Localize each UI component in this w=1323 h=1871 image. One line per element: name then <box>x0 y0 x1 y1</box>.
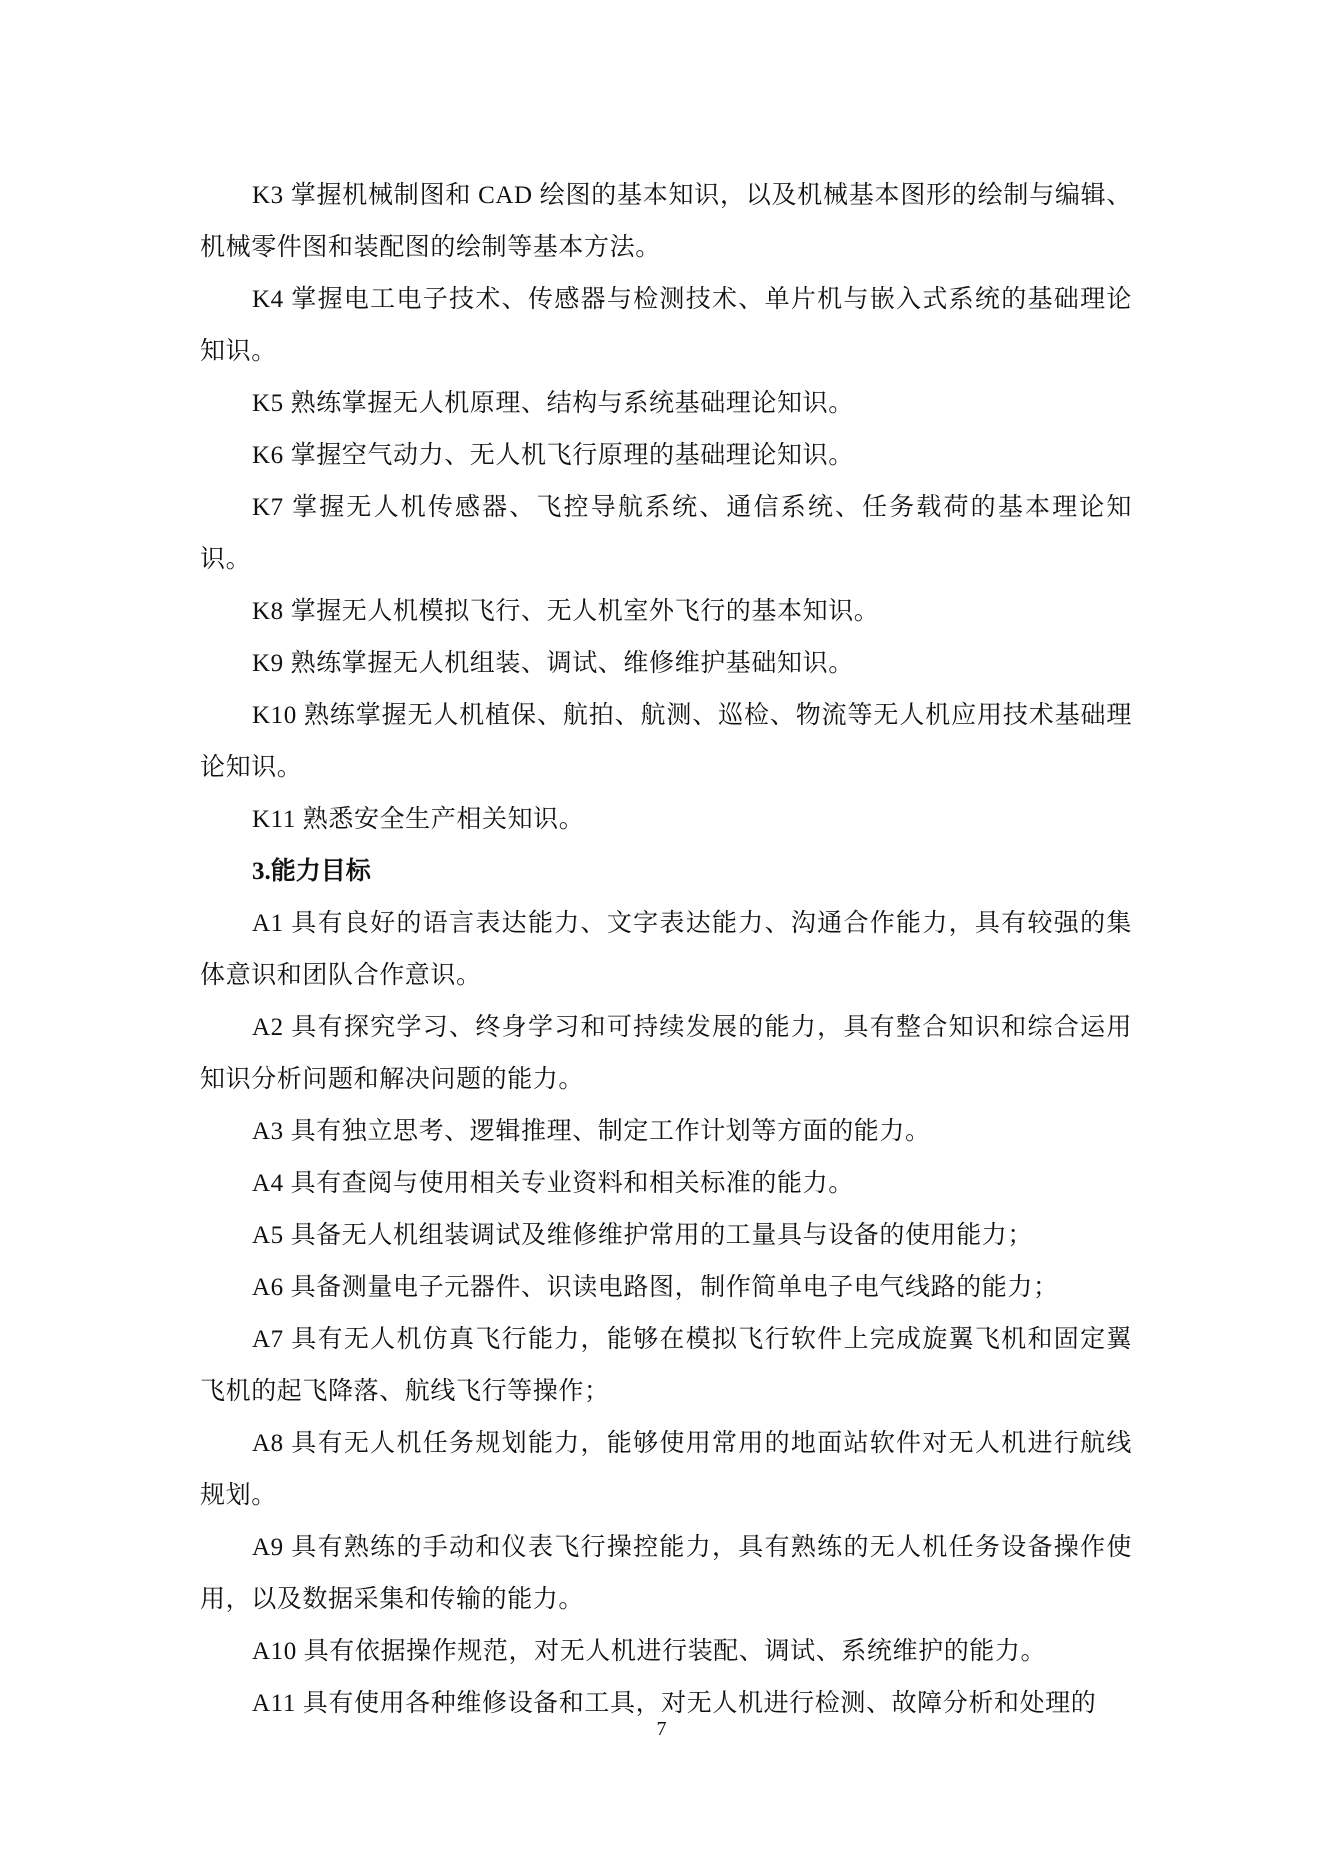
ability-item-a4: A4 具有查阅与使用相关专业资料和相关标准的能力。 <box>200 1158 1132 1210</box>
knowledge-item-k3: K3 掌握机械制图和 CAD 绘图的基本知识，以及机械基本图形的绘制与编辑、机械… <box>200 170 1132 274</box>
knowledge-item-k9: K9 熟练掌握无人机组装、调试、维修维护基础知识。 <box>200 638 1132 690</box>
document-page: K3 掌握机械制图和 CAD 绘图的基本知识，以及机械基本图形的绘制与编辑、机械… <box>0 0 1323 1871</box>
ability-item-a6: A6 具备测量电子元器件、识读电路图，制作简单电子电气线路的能力； <box>200 1262 1132 1314</box>
knowledge-item-k8: K8 掌握无人机模拟飞行、无人机室外飞行的基本知识。 <box>200 586 1132 638</box>
ability-item-a8: A8 具有无人机任务规划能力，能够使用常用的地面站软件对无人机进行航线规划。 <box>200 1418 1132 1522</box>
knowledge-item-k6: K6 掌握空气动力、无人机飞行原理的基础理论知识。 <box>200 430 1132 482</box>
section-heading-ability-goals: 3.能力目标 <box>200 846 1132 898</box>
page-number: 7 <box>0 1718 1323 1741</box>
knowledge-item-k5: K5 熟练掌握无人机原理、结构与系统基础理论知识。 <box>200 378 1132 430</box>
ability-item-a5: A5 具备无人机组装调试及维修维护常用的工量具与设备的使用能力； <box>200 1210 1132 1262</box>
knowledge-item-k7: K7 掌握无人机传感器、飞控导航系统、通信系统、任务载荷的基本理论知识。 <box>200 482 1132 586</box>
knowledge-item-k11: K11 熟悉安全生产相关知识。 <box>200 794 1132 846</box>
knowledge-item-k4: K4 掌握电工电子技术、传感器与检测技术、单片机与嵌入式系统的基础理论知识。 <box>200 274 1132 378</box>
ability-item-a7: A7 具有无人机仿真飞行能力，能够在模拟飞行软件上完成旋翼飞机和固定翼飞机的起飞… <box>200 1314 1132 1418</box>
ability-item-a9: A9 具有熟练的手动和仪表飞行操控能力，具有熟练的无人机任务设备操作使用，以及数… <box>200 1522 1132 1626</box>
knowledge-item-k10: K10 熟练掌握无人机植保、航拍、航测、巡检、物流等无人机应用技术基础理论知识。 <box>200 690 1132 794</box>
ability-item-a1: A1 具有良好的语言表达能力、文字表达能力、沟通合作能力，具有较强的集体意识和团… <box>200 898 1132 1002</box>
page-body: K3 掌握机械制图和 CAD 绘图的基本知识，以及机械基本图形的绘制与编辑、机械… <box>200 170 1132 1730</box>
ability-item-a3: A3 具有独立思考、逻辑推理、制定工作计划等方面的能力。 <box>200 1106 1132 1158</box>
ability-item-a2: A2 具有探究学习、终身学习和可持续发展的能力，具有整合知识和综合运用知识分析问… <box>200 1002 1132 1106</box>
ability-item-a10: A10 具有依据操作规范，对无人机进行装配、调试、系统维护的能力。 <box>200 1626 1132 1678</box>
